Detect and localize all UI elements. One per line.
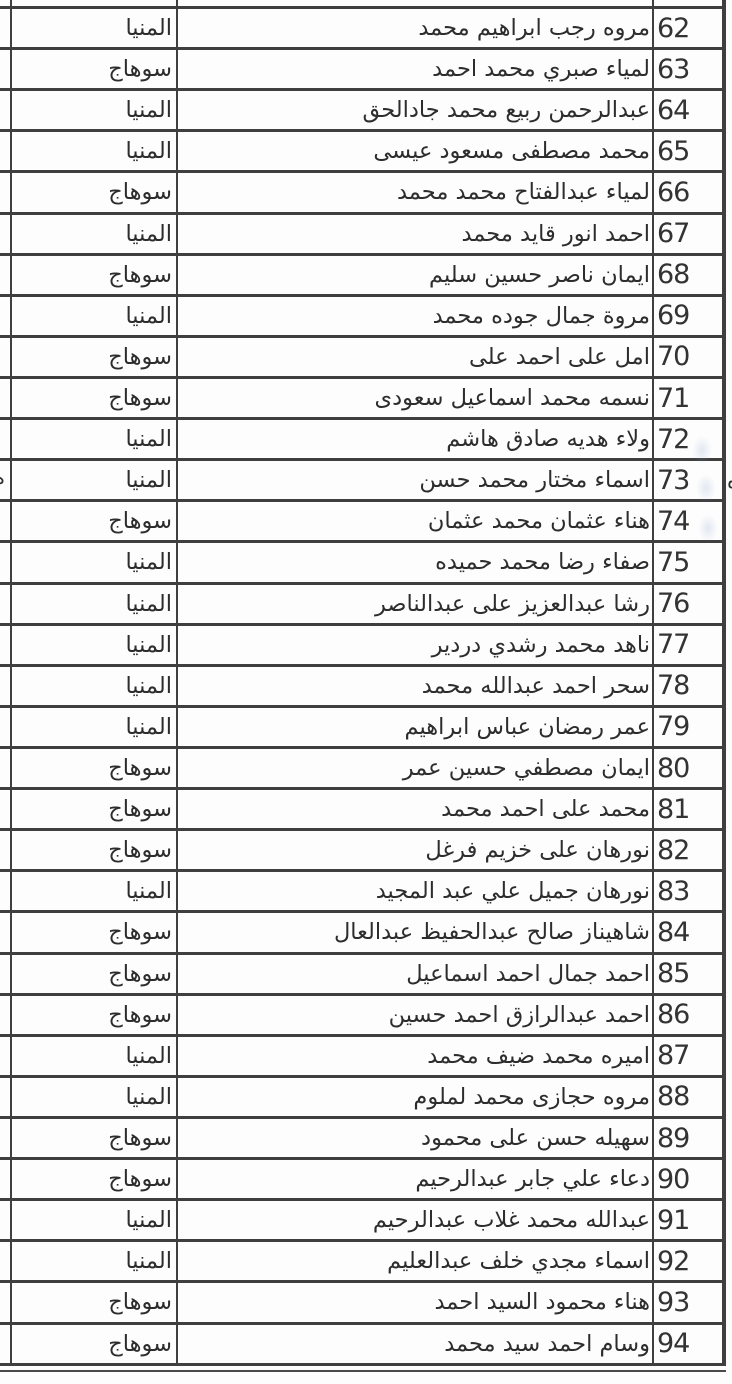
row-number-label: 65	[657, 136, 689, 167]
governorate-label: المنيا	[125, 15, 172, 41]
row-number-label: 91	[657, 1205, 689, 1236]
cut-column-cell	[0, 173, 12, 211]
row-number-cell: 92	[654, 1242, 726, 1280]
table-row: سوهاج نسمه محمد اسماعيل سعودى 71	[0, 379, 726, 420]
governorate-cell: سوهاج	[12, 173, 178, 211]
row-number-cell: 94	[654, 1325, 726, 1363]
row-number-label: 81	[657, 794, 689, 825]
governorate-cell: سوهاج	[12, 1119, 178, 1157]
row-number-label: 90	[657, 1164, 689, 1195]
cut-column-cell	[0, 708, 12, 746]
governorate-cell: المنيا	[12, 872, 178, 910]
table-row: المنيا عبدالرحمن ربيع محمد جادالحق 64	[0, 91, 726, 132]
row-number-label: 79	[657, 711, 689, 742]
row-number-label: 62	[657, 13, 689, 44]
row-number-cell: 93	[654, 1283, 726, 1321]
name-cell: سهيله حسن على محمود	[178, 1119, 654, 1157]
person-name: ايمان مصطفي حسين عمر	[403, 755, 650, 781]
governorate-cell: سوهاج	[12, 338, 178, 376]
person-name: امل على احمد على	[469, 344, 650, 370]
scan-smudge	[696, 474, 716, 502]
row-number-label: 66	[657, 177, 689, 208]
table-row: المنيا عبدالله محمد غلاب عبدالرحيم 91	[0, 1201, 726, 1242]
cut-column-cell	[0, 256, 12, 294]
person-name: وسام احمد سيد محمد	[444, 1331, 650, 1357]
row-number-label: 70	[657, 341, 689, 372]
governorate-label: سوهاج	[108, 796, 172, 822]
row-number-label: 82	[657, 835, 689, 866]
cut-column-cell	[0, 91, 12, 129]
governorate-cell: سوهاج	[12, 1325, 178, 1363]
row-number-cell: 72	[654, 420, 726, 458]
table-row: المنيا اميره محمد ضيف محمد 87	[0, 1037, 726, 1078]
governorate-label: المنيا	[125, 714, 172, 740]
row-number-cell: 85	[654, 955, 726, 993]
cut-column-cell	[0, 132, 12, 170]
governorate-cell: سوهاج	[12, 1160, 178, 1198]
governorate-cell: المنيا	[12, 667, 178, 705]
name-cell: ولاء هديه صادق هاشم	[178, 420, 654, 458]
table-row: سوهاج وسام احمد سيد محمد 94	[0, 1325, 726, 1366]
governorate-label: سوهاج	[108, 1166, 172, 1192]
governorate-label: سوهاج	[108, 179, 172, 205]
person-name: احمد عبدالرازق احمد حسين	[389, 1002, 650, 1028]
table-row: سوهاج هناء محمود السيد احمد 93	[0, 1283, 726, 1324]
governorate-label: المنيا	[125, 591, 172, 617]
row-number-cell: 83	[654, 872, 726, 910]
cut-column-cell	[0, 1078, 12, 1116]
table-row: سوهاج احمد عبدالرازق احمد حسين 86	[0, 996, 726, 1037]
name-cell: اسماء مختار محمد حسن	[178, 461, 654, 499]
table-row-partial-top	[0, 0, 726, 9]
cut-column-cell	[0, 996, 12, 1034]
person-name: ناهد محمد رشدي دردير	[432, 632, 650, 658]
row-number-cell: 66	[654, 173, 726, 211]
governorate-label: المنيا	[125, 1084, 172, 1110]
governorate-label: سوهاج	[108, 755, 172, 781]
cut-column-cell	[0, 585, 12, 623]
governorate-label: المنيا	[125, 1207, 172, 1233]
row-number-label: 89	[657, 1123, 689, 1154]
table-row: المنيا محمد مصطفى مسعود عيسى 65	[0, 132, 726, 173]
row-number-cell: 84	[654, 913, 726, 951]
row-number-cell: 77	[654, 626, 726, 664]
governorate-cell: سوهاج	[12, 955, 178, 993]
row-number-cell: 71	[654, 379, 726, 417]
person-name: محمد مصطفى مسعود عيسى	[373, 138, 650, 164]
cut-column-cell	[0, 667, 12, 705]
governorate-cell: سوهاج	[12, 379, 178, 417]
row-number-cell: 81	[654, 790, 726, 828]
person-name: اميره محمد ضيف محمد	[427, 1043, 650, 1069]
name-cell: نسمه محمد اسماعيل سعودى	[178, 379, 654, 417]
governorate-label: سوهاج	[108, 344, 172, 370]
cut-column-cell	[0, 790, 12, 828]
table-row: سوهاج نورهان على خزيم فرغل 82	[0, 831, 726, 872]
row-number-cell: 86	[654, 996, 726, 1034]
row-number-cell: 91	[654, 1201, 726, 1239]
person-name: هناء محمود السيد احمد	[434, 1289, 650, 1315]
governorate-cell: المنيا	[12, 1078, 178, 1116]
row-number-cell: 78	[654, 667, 726, 705]
name-cell: ايمان مصطفي حسين عمر	[178, 749, 654, 787]
governorate-label: المنيا	[125, 138, 172, 164]
name-cell: عبدالله محمد غلاب عبدالرحيم	[178, 1201, 654, 1239]
cut-column-cell	[0, 50, 12, 88]
person-name: محمد على احمد محمد	[441, 796, 650, 822]
table-row: سوهاج احمد جمال احمد اسماعيل 85	[0, 955, 726, 996]
person-name: هناء عثمان محمد عثمان	[428, 508, 650, 534]
cut-column-cell	[0, 9, 12, 47]
table-row: المنيا اسماء مجدي خلف عبدالعليم 92	[0, 1242, 726, 1283]
governorate-label: سوهاج	[108, 385, 172, 411]
cut-column-cell	[0, 0, 12, 6]
row-number-label: 76	[657, 588, 689, 619]
name-cell: ناهد محمد رشدي دردير	[178, 626, 654, 664]
row-number-label: 73	[657, 465, 689, 496]
name-cell	[178, 0, 654, 6]
name-cell: لمياء صبري محمد احمد	[178, 50, 654, 88]
name-cell: نورهان على خزيم فرغل	[178, 831, 654, 869]
cut-column-cell	[0, 1037, 12, 1075]
governorate-cell: سوهاج	[12, 256, 178, 294]
person-name: نورهان على خزيم فرغل	[425, 837, 650, 863]
governorate-label: سوهاج	[108, 56, 172, 82]
governorate-cell: المنيا	[12, 585, 178, 623]
governorate-label: المنيا	[125, 303, 172, 329]
governorate-label: المنيا	[125, 1248, 172, 1274]
name-cell: سحر احمد عبدالله محمد	[178, 667, 654, 705]
governorate-cell: المنيا	[12, 1037, 178, 1075]
row-number-label: 71	[657, 383, 689, 414]
row-number-label: 64	[657, 95, 689, 126]
governorate-label: سوهاج	[108, 837, 172, 863]
name-cell: امل على احمد على	[178, 338, 654, 376]
row-number-cell: 70	[654, 338, 726, 376]
cut-column-cell	[0, 1119, 12, 1157]
name-cell: مروه رجب ابراهيم محمد	[178, 9, 654, 47]
table-row: المنيا ولاء هديه صادق هاشم 72	[0, 420, 726, 461]
cut-column-cell	[0, 543, 12, 581]
governorate-label: سوهاج	[108, 1125, 172, 1151]
name-cell: لمياء عبدالفتاح محمد محمد	[178, 173, 654, 211]
person-name: صفاء رضا محمد حميده	[435, 549, 650, 575]
governorate-label: المنيا	[125, 632, 172, 658]
governorate-cell: المنيا	[12, 297, 178, 335]
governorate-label: المنيا	[125, 1043, 172, 1069]
name-cell: هناء عثمان محمد عثمان	[178, 502, 654, 540]
table-row: المنيا عمر رمضان عباس ابراهيم 79	[0, 708, 726, 749]
table-row: المنيا نورهان جميل علي عبد المجيد 83	[0, 872, 726, 913]
cut-text-fragment-right: ه	[727, 471, 732, 492]
cut-column-cell	[0, 379, 12, 417]
cut-column-cell	[0, 913, 12, 951]
cut-column-cell	[0, 1242, 12, 1280]
governorate-cell: سوهاج	[12, 50, 178, 88]
governorate-cell: المنيا	[12, 1242, 178, 1280]
person-name: لمياء عبدالفتاح محمد محمد	[397, 179, 650, 205]
name-cell: احمد جمال احمد اسماعيل	[178, 955, 654, 993]
table-row: سوهاج سهيله حسن على محمود 89	[0, 1119, 726, 1160]
name-cell: محمد مصطفى مسعود عيسى	[178, 132, 654, 170]
cut-column-cell	[0, 749, 12, 787]
person-name: ايمان ناصر حسين سليم	[429, 262, 650, 288]
governorate-label: المنيا	[125, 426, 172, 452]
person-name: عبدالله محمد غلاب عبدالرحيم	[373, 1207, 650, 1233]
row-number-label: 78	[657, 670, 689, 701]
person-name: عبدالرحمن ربيع محمد جادالحق	[362, 97, 650, 123]
person-name: مروه حجازى محمد لملوم	[413, 1084, 650, 1110]
row-number-cell: 67	[654, 215, 726, 253]
table-row: المنيا احمد انور قايد محمد 67	[0, 215, 726, 256]
row-number-cell: 88	[654, 1078, 726, 1116]
row-number-cell: 79	[654, 708, 726, 746]
governorate-label: المنيا	[125, 673, 172, 699]
name-cell: اميره محمد ضيف محمد	[178, 1037, 654, 1075]
name-cell: هناء محمود السيد احمد	[178, 1283, 654, 1321]
row-number-cell: 64	[654, 91, 726, 129]
row-number-cell: 65	[654, 132, 726, 170]
table-row: سوهاج هناء عثمان محمد عثمان 74	[0, 502, 726, 543]
row-number-label: 75	[657, 547, 689, 578]
row-number-label: 87	[657, 1040, 689, 1071]
row-number-cell: 68	[654, 256, 726, 294]
row-number-label: 92	[657, 1246, 689, 1277]
governorate-label: سوهاج	[108, 1002, 172, 1028]
name-cell: اسماء مجدي خلف عبدالعليم	[178, 1242, 654, 1280]
row-number-label: 68	[657, 259, 689, 290]
person-name: سهيله حسن على محمود	[421, 1125, 650, 1151]
row-number-cell: 75	[654, 543, 726, 581]
row-number-label: 72	[657, 424, 689, 455]
governorate-cell: سوهاج	[12, 913, 178, 951]
name-cell: شاهيناز صالح عبدالحفيظ عبدالعال	[178, 913, 654, 951]
person-name: عمر رمضان عباس ابراهيم	[405, 714, 650, 740]
person-name: مروة جمال جوده محمد	[433, 303, 650, 329]
row-number-label: 63	[657, 54, 689, 85]
governorate-label: سوهاج	[108, 1331, 172, 1357]
governorate-label: المنيا	[125, 221, 172, 247]
governorate-cell: المنيا	[12, 708, 178, 746]
row-number-label: 67	[657, 218, 689, 249]
name-cell: احمد انور قايد محمد	[178, 215, 654, 253]
governorate-cell: سوهاج	[12, 996, 178, 1034]
row-number-label: 93	[657, 1287, 689, 1318]
table-row: سوهاج محمد على احمد محمد 81	[0, 790, 726, 831]
cut-column-cell	[0, 872, 12, 910]
cut-column-cell	[0, 420, 12, 458]
governorate-label: المنيا	[125, 467, 172, 493]
person-name: اسماء مجدي خلف عبدالعليم	[387, 1248, 650, 1274]
table-row: المنيا رشا عبدالعزيز على عبدالناصر 76	[0, 585, 726, 626]
table-row: المنيا ناهد محمد رشدي دردير 77	[0, 626, 726, 667]
cut-column-cell	[0, 338, 12, 376]
cut-column-cell	[0, 215, 12, 253]
table-row: سوهاج ايمان مصطفي حسين عمر 80	[0, 749, 726, 790]
row-number-cell: 89	[654, 1119, 726, 1157]
row-number-cell: 90	[654, 1160, 726, 1198]
governorate-cell: سوهاج	[12, 749, 178, 787]
row-number-cell: 76	[654, 585, 726, 623]
table-row: سوهاج لمياء عبدالفتاح محمد محمد 66	[0, 173, 726, 214]
name-cell: نورهان جميل علي عبد المجيد	[178, 872, 654, 910]
row-number-cell: 63	[654, 50, 726, 88]
table-row: المنيا مروة جمال جوده محمد 69	[0, 297, 726, 338]
row-number-cell: 87	[654, 1037, 726, 1075]
person-name: نورهان جميل علي عبد المجيد	[376, 878, 650, 904]
scan-smudge	[698, 514, 718, 542]
name-cell: وسام احمد سيد محمد	[178, 1325, 654, 1363]
row-number-cell: 80	[654, 749, 726, 787]
governorate-cell: سوهاج	[12, 831, 178, 869]
person-name: نسمه محمد اسماعيل سعودى	[375, 385, 650, 411]
cut-text-fragment-left: ه	[0, 467, 5, 488]
name-cell: دعاء علي جابر عبدالرحيم	[178, 1160, 654, 1198]
governorate-cell: سوهاج	[12, 502, 178, 540]
governorate-cell: المنيا	[12, 215, 178, 253]
cut-column-cell	[0, 502, 12, 540]
governorate-label: المنيا	[125, 97, 172, 123]
name-cell: مروه حجازى محمد لملوم	[178, 1078, 654, 1116]
governorate-cell: المنيا	[12, 9, 178, 47]
table-row: سوهاج لمياء صبري محمد احمد 63	[0, 50, 726, 91]
table-row: المنيا مروه رجب ابراهيم محمد 62	[0, 9, 726, 50]
row-number-label: 94	[657, 1328, 689, 1359]
row-number-label: 83	[657, 876, 689, 907]
table-row: المنيا مروه حجازى محمد لملوم 88	[0, 1078, 726, 1119]
table-row: المنيا سحر احمد عبدالله محمد 78	[0, 667, 726, 708]
governorate-label: سوهاج	[108, 1289, 172, 1315]
governorate-label: سوهاج	[108, 508, 172, 534]
name-cell: عمر رمضان عباس ابراهيم	[178, 708, 654, 746]
cut-column-cell	[0, 955, 12, 993]
row-number-cell: 62	[654, 9, 726, 47]
governorate-cell: المنيا	[12, 1201, 178, 1239]
person-name: لمياء صبري محمد احمد	[432, 56, 650, 82]
cut-column-cell	[0, 297, 12, 335]
cut-column-cell	[0, 1201, 12, 1239]
table-row: المنيا اسماء مختار محمد حسن 73	[0, 461, 726, 502]
scanned-document-page: المنيا مروه رجب ابراهيم محمد 62 سوهاج لم…	[0, 0, 732, 1384]
table-row: المنيا صفاء رضا محمد حميده 75	[0, 543, 726, 584]
governorate-label: المنيا	[125, 549, 172, 575]
governorate-cell: المنيا	[12, 91, 178, 129]
governorate-cell: المنيا	[12, 626, 178, 664]
row-number-label: 86	[657, 999, 689, 1030]
row-number-cell: 82	[654, 831, 726, 869]
cut-column-cell	[0, 831, 12, 869]
person-name: رشا عبدالعزيز على عبدالناصر	[375, 591, 650, 617]
table-row: سوهاج امل على احمد على 70	[0, 338, 726, 379]
name-cell: ايمان ناصر حسين سليم	[178, 256, 654, 294]
governorate-cell: المنيا	[12, 461, 178, 499]
governorate-cell: المنيا	[12, 420, 178, 458]
name-cell: محمد على احمد محمد	[178, 790, 654, 828]
roster-table: المنيا مروه رجب ابراهيم محمد 62 سوهاج لم…	[0, 0, 726, 1366]
person-name: مروه رجب ابراهيم محمد	[418, 15, 650, 41]
governorate-label: سوهاج	[108, 919, 172, 945]
table-row: سوهاج شاهيناز صالح عبدالحفيظ عبدالعال 84	[0, 913, 726, 954]
row-number-label: 80	[657, 753, 689, 784]
cut-column-cell	[0, 1160, 12, 1198]
row-number-cell	[654, 0, 726, 6]
governorate-cell: المنيا	[12, 543, 178, 581]
governorate-cell	[12, 0, 178, 6]
person-name: اسماء مختار محمد حسن	[419, 467, 650, 493]
person-name: احمد انور قايد محمد	[461, 221, 650, 247]
person-name: احمد جمال احمد اسماعيل	[406, 961, 650, 987]
row-number-label: 84	[657, 917, 689, 948]
row-number-cell: 69	[654, 297, 726, 335]
name-cell: احمد عبدالرازق احمد حسين	[178, 996, 654, 1034]
governorate-label: سوهاج	[108, 262, 172, 288]
row-number-label: 74	[657, 506, 689, 537]
table-row: سوهاج دعاء علي جابر عبدالرحيم 90	[0, 1160, 726, 1201]
scan-smudge	[692, 436, 712, 464]
name-cell: مروة جمال جوده محمد	[178, 297, 654, 335]
row-number-label: 77	[657, 629, 689, 660]
name-cell: عبدالرحمن ربيع محمد جادالحق	[178, 91, 654, 129]
cut-column-cell	[0, 1325, 12, 1363]
person-name: ولاء هديه صادق هاشم	[446, 426, 650, 452]
name-cell: رشا عبدالعزيز على عبدالناصر	[178, 585, 654, 623]
governorate-label: المنيا	[125, 878, 172, 904]
cut-column-cell	[0, 626, 12, 664]
row-number-label: 88	[657, 1081, 689, 1112]
name-cell: صفاء رضا محمد حميده	[178, 543, 654, 581]
governorate-cell: سوهاج	[12, 790, 178, 828]
row-number-label: 85	[657, 958, 689, 989]
row-number-label: 69	[657, 300, 689, 331]
cut-column-cell	[0, 1283, 12, 1321]
governorate-label: سوهاج	[108, 961, 172, 987]
table-bottom-double-border	[0, 1370, 726, 1372]
person-name: شاهيناز صالح عبدالحفيظ عبدالعال	[334, 919, 650, 945]
person-name: دعاء علي جابر عبدالرحيم	[415, 1166, 650, 1192]
person-name: سحر احمد عبدالله محمد	[422, 673, 650, 699]
table-row: سوهاج ايمان ناصر حسين سليم 68	[0, 256, 726, 297]
governorate-cell: المنيا	[12, 132, 178, 170]
governorate-cell: سوهاج	[12, 1283, 178, 1321]
